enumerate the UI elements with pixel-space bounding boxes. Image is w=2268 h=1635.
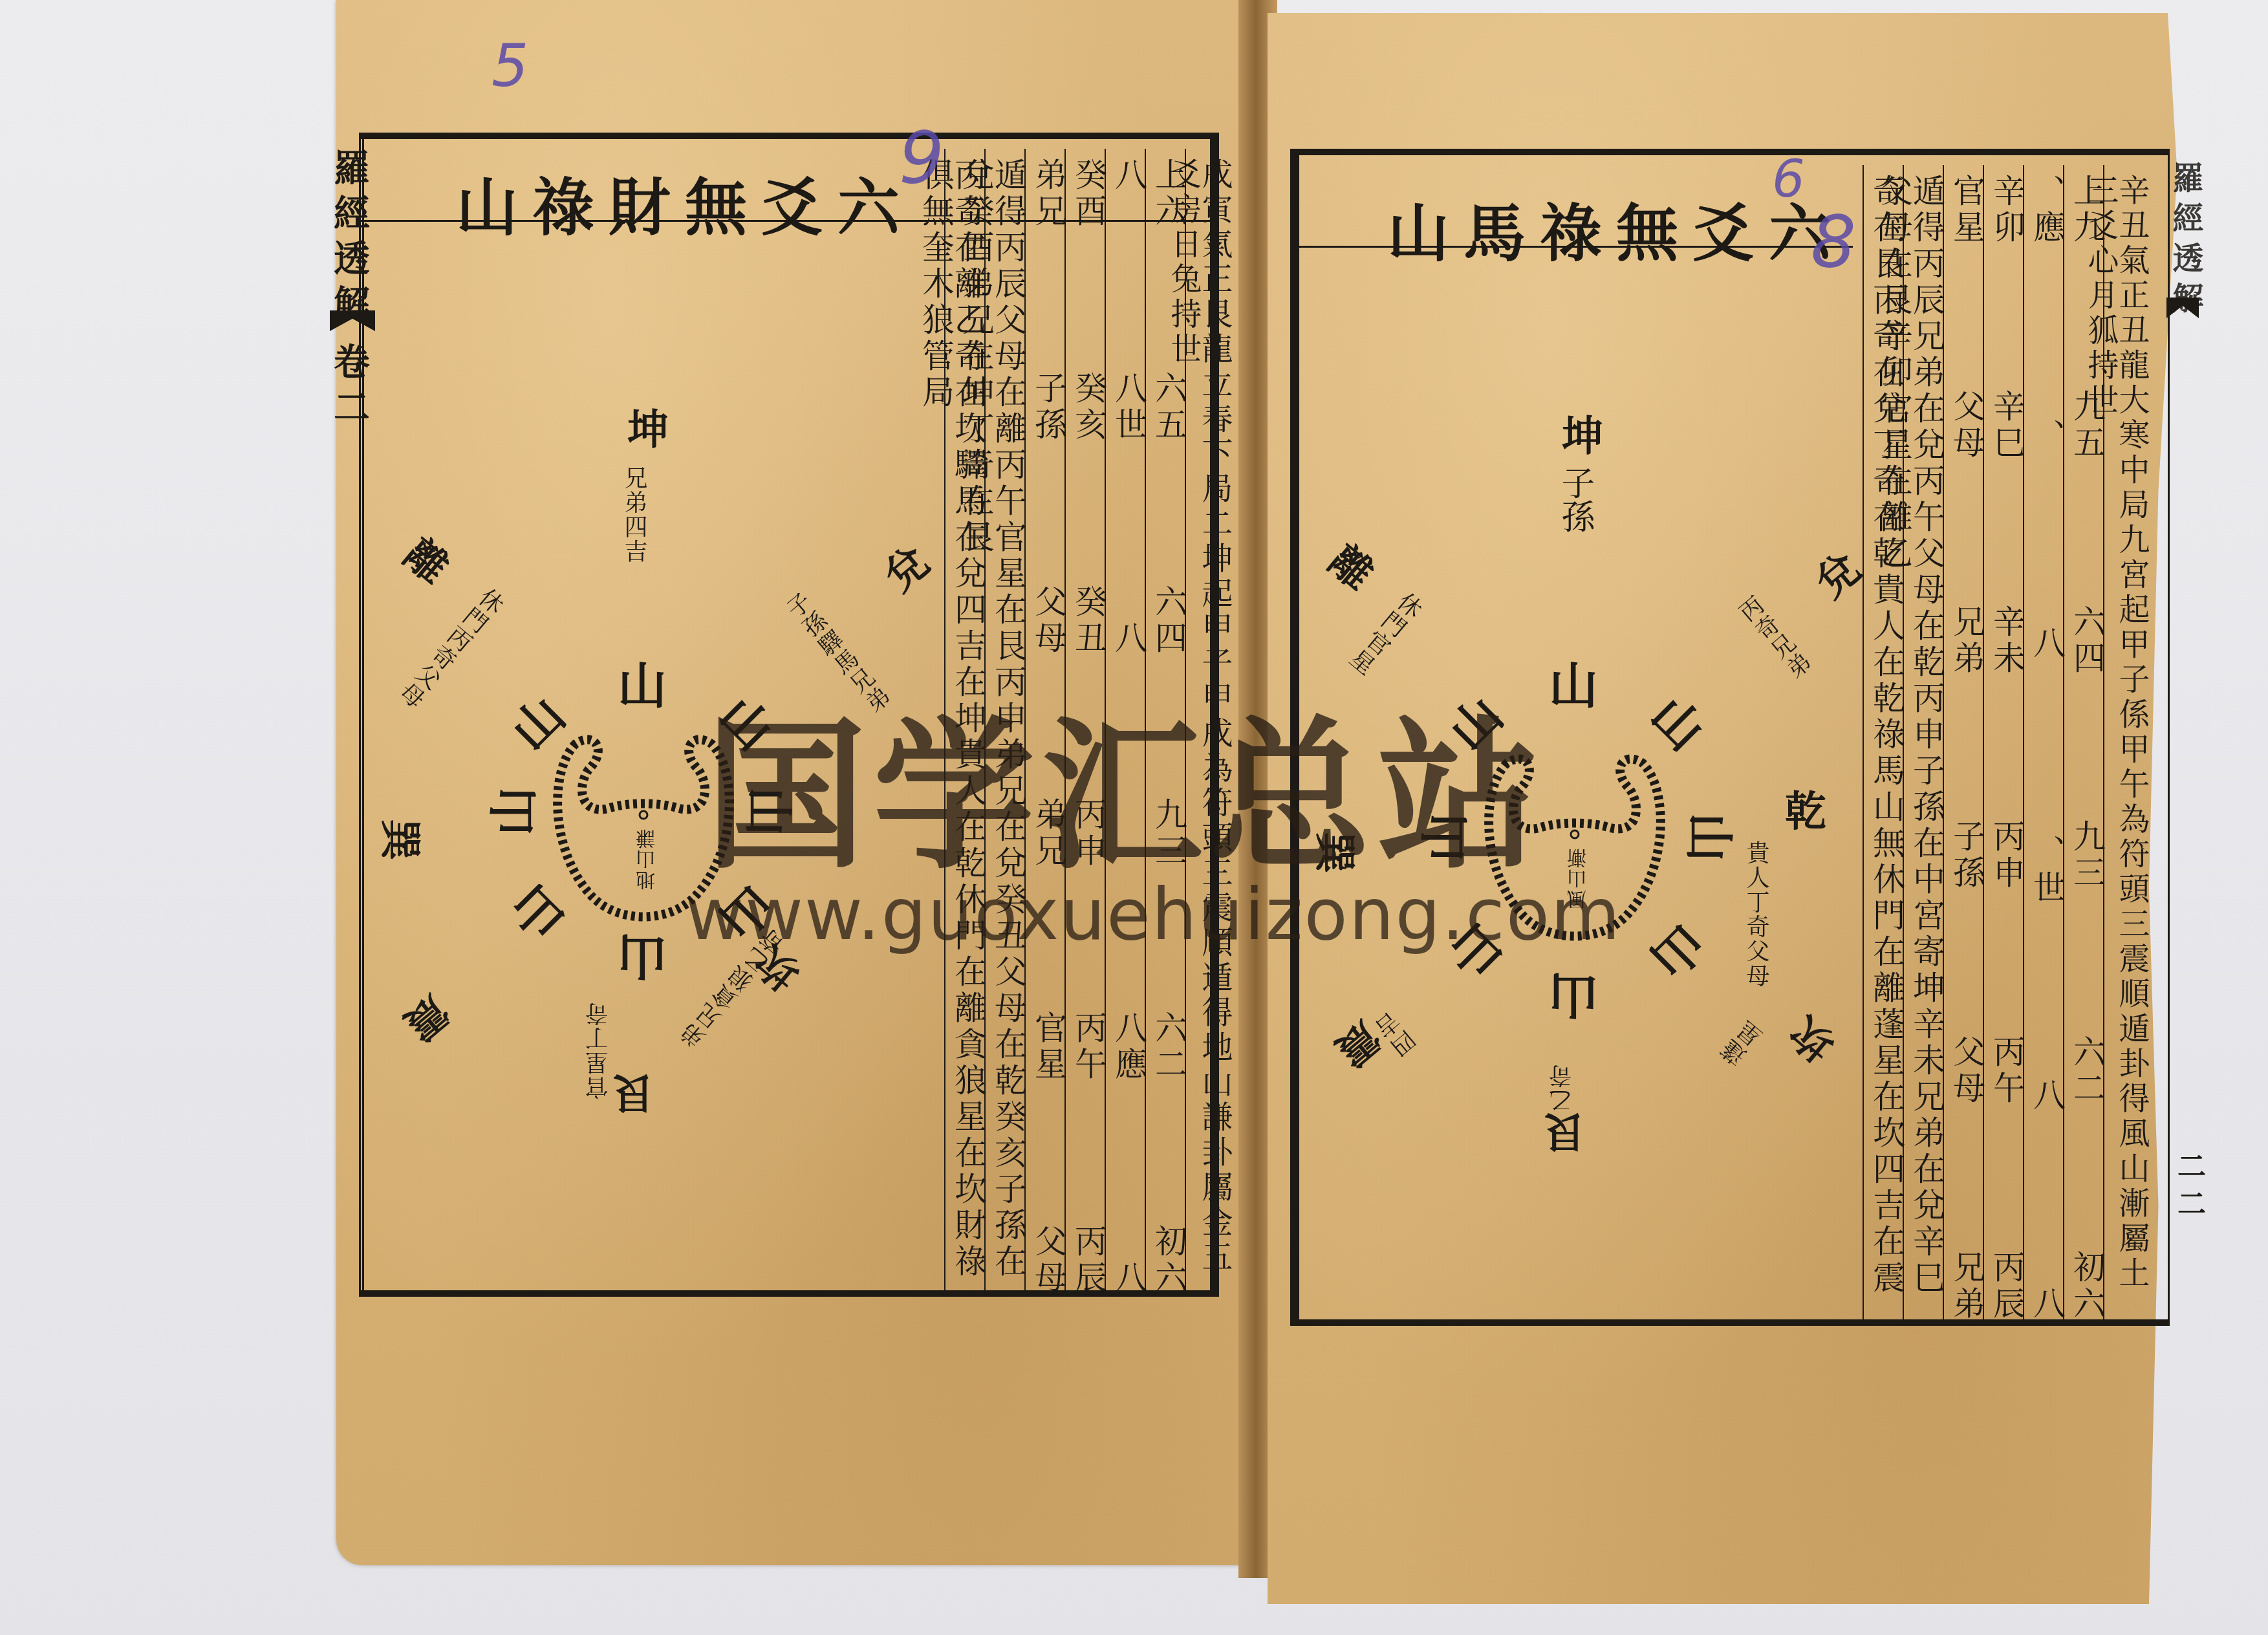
- line-relation: 子孫: [1026, 371, 1064, 444]
- right-commentary-1: 遁得丙辰兄弟在兌丙午父母在乾丙申子孫在中宮寄坤辛未兄弟在兌辛巳父母在艮辛卯官星在…: [1903, 165, 1943, 1323]
- line-ganzhi: 辛卯: [1984, 174, 2023, 246]
- right-line-marks: 、應 、 八 、世 八 八: [2023, 165, 2063, 1323]
- ring-glyph-w: 山: [475, 787, 545, 836]
- line-mark: 八: [2024, 626, 2063, 662]
- left-li-note: 休門丙奇父母: [402, 580, 511, 700]
- line-relation: 父母: [1026, 585, 1064, 657]
- line-ganzhi: 丙辰: [1984, 1250, 2023, 1323]
- banxin-book-title: 羅經透解: [323, 149, 375, 330]
- line-ganzhi: 丙申: [1984, 819, 2023, 892]
- ring-glyph-s: 山: [618, 925, 667, 995]
- right-gua-gen: 艮: [1539, 1112, 1599, 1154]
- line-mark: 八應: [1106, 1011, 1145, 1083]
- line-ganzhi: 辛巳: [1984, 389, 2023, 462]
- line-pos: 上九: [2064, 174, 2103, 246]
- left-gua-gen: 艮: [608, 1074, 667, 1115]
- line-relation: 官星: [1026, 1011, 1064, 1083]
- line-relation: 父母: [1026, 1224, 1064, 1297]
- ring-glyph-n: 山: [1549, 647, 1598, 717]
- pencil-page-number-left: 9: [899, 116, 944, 199]
- right-text-block: 辛丑氣正丑龍大寒中局九宮起甲子係甲午為符頭三震順遁卦得風山漸屬土三爻心月狐持世 …: [1863, 165, 2147, 1323]
- line-pos: 九五: [2064, 389, 2103, 462]
- right-line-ganzhi: 辛卯 辛巳 辛未 丙申 丙午 丙辰: [1983, 165, 2023, 1323]
- line-relation: 父母: [1944, 1035, 1983, 1107]
- right-kan-note: 蓬星: [1714, 983, 1798, 1074]
- line-mark: 八: [1106, 621, 1145, 657]
- line-pos: 六四: [2064, 605, 2103, 677]
- line-ganzhi: 辛未: [1984, 605, 2023, 677]
- line-ganzhi: 丙辰: [1066, 1224, 1105, 1297]
- left-gua-li: 離: [388, 523, 460, 592]
- right-intro-column: 辛丑氣正丑龍大寒中局九宮起甲子係甲午為符頭三震順遁卦得風山漸屬土三爻心月狐持世: [2103, 165, 2147, 1323]
- line-ganzhi: 癸亥: [1066, 371, 1105, 444]
- pencil-annotation-left: 5: [491, 32, 528, 100]
- line-mark: 、應: [2024, 174, 2063, 246]
- line-mark: 八: [1106, 158, 1145, 194]
- ring-glyph-e: 山: [1678, 813, 1748, 862]
- right-gua-li: 離: [1313, 529, 1385, 599]
- left-kun-note: 兄弟四吉: [618, 466, 651, 556]
- line-relation: 弟兄: [1026, 158, 1064, 230]
- line-mark: 、世: [2024, 834, 2063, 907]
- line-relation: 子孫: [1944, 819, 1983, 892]
- right-banxin-page-number: 二二: [2168, 1151, 2209, 1226]
- pencil-page-number-right: 8: [1811, 200, 1856, 283]
- line-pos: 初六: [2064, 1250, 2103, 1323]
- line-pos: 上六: [1146, 158, 1185, 230]
- left-gen-note: 官星丁奇: [582, 1009, 615, 1099]
- line-ganzhi: 癸酉: [1066, 158, 1105, 230]
- line-mark: 八世: [1106, 371, 1145, 444]
- line-relation: 兄弟: [1944, 1250, 1983, 1323]
- right-dui-note: 丙奇兄弟: [1730, 590, 1822, 690]
- right-gua-qian: 乾: [1772, 789, 1831, 830]
- line-ganzhi: 丙午: [1066, 1011, 1105, 1083]
- line-relation: 官星: [1944, 174, 1983, 246]
- line-mark: 八: [2024, 1078, 2063, 1114]
- left-gua-xun: 巽: [381, 806, 422, 865]
- line-mark: 八: [1106, 1261, 1145, 1297]
- left-page-title: 六爻無財祿山: [456, 158, 914, 247]
- right-gua-kan: 坎: [1778, 1008, 1851, 1077]
- watermark-url: www.guoxuehuizong.com: [686, 873, 1621, 956]
- right-line-relations: 官星 父母 兄弟 子孫 父母 兄弟: [1943, 165, 1983, 1323]
- line-pos: 九三: [2064, 819, 2103, 892]
- right-kun-note: 子孫: [1551, 466, 1599, 533]
- line-pos: 初六: [1146, 1224, 1185, 1297]
- left-center-label: 地山謙: [634, 828, 662, 890]
- left-gua-kun: 坤: [614, 407, 674, 449]
- line-pos: 六四: [1146, 585, 1185, 657]
- left-gua-dui: 兌: [867, 536, 939, 605]
- line-mark: 八: [2024, 1286, 2063, 1323]
- left-gua-zhen: 震: [394, 982, 467, 1052]
- line-mark: 、: [2024, 418, 2063, 455]
- right-gen-note: 乙奇: [1546, 1048, 1579, 1112]
- right-gua-kun: 坤: [1549, 414, 1608, 455]
- right-commentary-2: 奇在艮丙奇在兌丁奇在乾貴人在乾祿馬山無休門在離蓬星在坎四吉在震: [1863, 165, 1903, 1323]
- right-line-positions: 上九 九五 六四 九三 六二 初六: [2063, 165, 2103, 1323]
- line-relation: 兄弟: [1944, 605, 1983, 677]
- line-pos: 六二: [2064, 1035, 2103, 1107]
- line-ganzhi: 丙午: [1984, 1035, 2023, 1107]
- ring-glyph-n: 山: [618, 647, 667, 717]
- ring-glyph-s: 山: [1549, 964, 1598, 1034]
- line-relation: 父母: [1944, 389, 1983, 462]
- watermark-logo-text: 国学汇总站: [705, 666, 1546, 899]
- pencil-mark-right: 6: [1772, 149, 1805, 209]
- right-gua-dui: 兌: [1798, 542, 1870, 612]
- line-pos: 六五: [1146, 371, 1185, 444]
- line-pos: 六二: [1146, 1011, 1185, 1083]
- line-ganzhi: 癸丑: [1066, 585, 1105, 657]
